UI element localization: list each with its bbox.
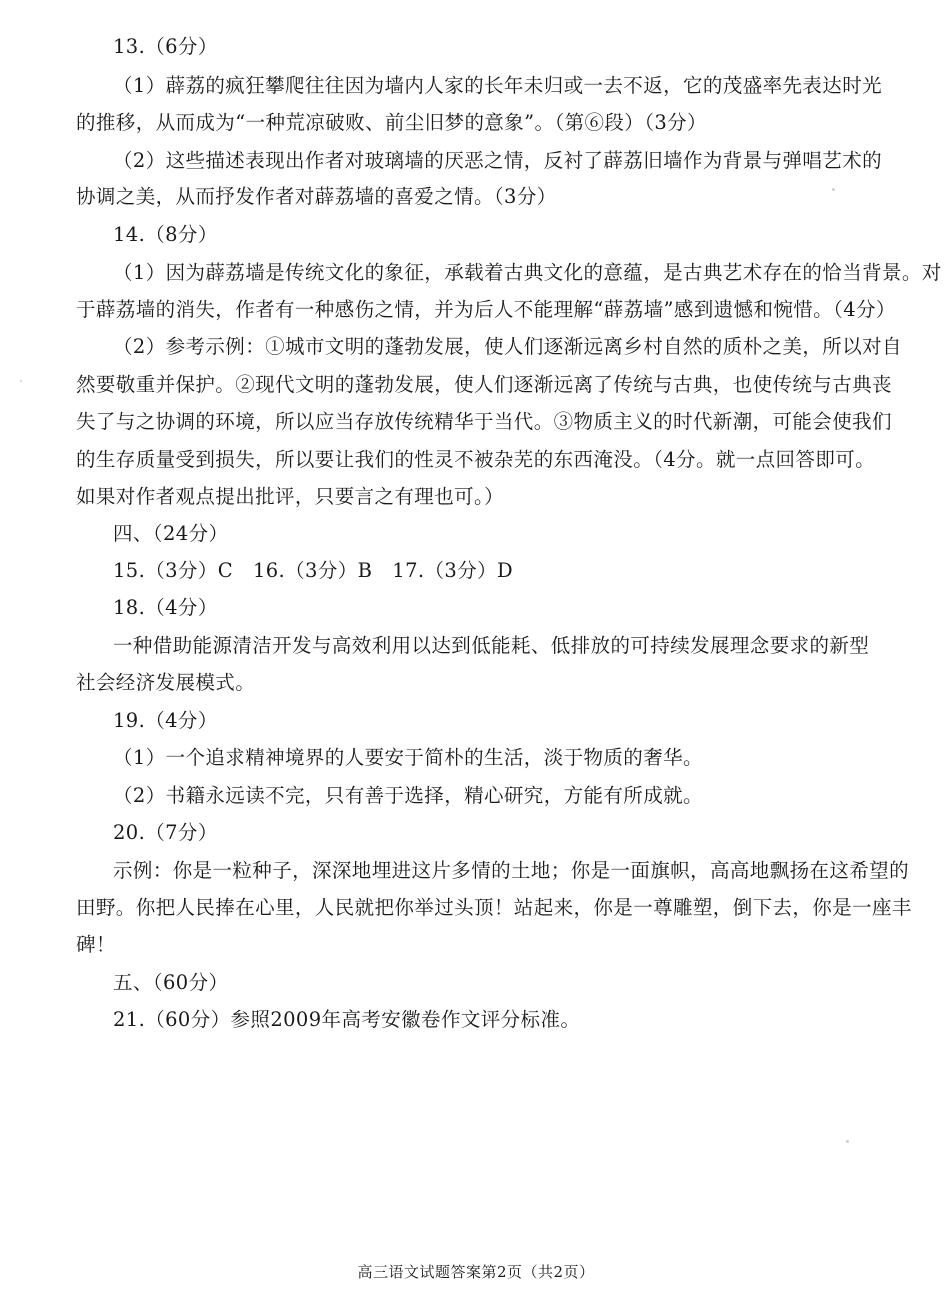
text-line: 失了与之协调的环境，所以应当存放传统精华于当代。③物质主义的时代新潮，可能会使我… [76,409,902,435]
text-line: 如果对作者观点提出批评，只要言之有理也可。） [76,484,902,510]
text-line: 协调之美，从而抒发作者对薜荔墙的喜爱之情。（3分） [76,184,902,210]
text-line: 一种借助能源清洁开发与高效利用以达到低能耗、低排放的可持续发展理念要求的新型 [113,633,939,659]
scan-speck [20,380,22,382]
document-page: 13.（6分）（1）薜荔的疯狂攀爬往往因为墙内人家的长年未归或一去不返，它的茂盛… [0,0,952,1292]
text-line: 19.（4分） [113,708,939,734]
text-line: 的生存质量受到损失，所以要让我们的性灵不被杂芜的东西淹没。（4分。就一点回答即可… [76,447,902,473]
text-line: （1）一个追求精神境界的人要安于简朴的生活，淡于物质的奢华。 [113,745,939,771]
text-line: 20.（7分） [113,820,939,846]
text-line: （2）参考示例：①城市文明的蓬勃发展，使人们逐渐远离乡村自然的质朴之美，所以对自 [113,334,939,360]
text-line: 示例：你是一粒种子，深深地埋进这片多情的土地；你是一面旗帜，高高地飘扬在这希望的 [113,858,939,884]
text-line: （1）因为薜荔墙是传统文化的象征，承载着古典文化的意蕴，是古典艺术存在的恰当背景… [113,260,939,286]
text-line: （1）薜荔的疯狂攀爬往往因为墙内人家的长年未归或一去不返，它的茂盛率先表达时光 [113,73,939,99]
text-line: 21.（60分）参照2009年高考安徽卷作文评分标准。 [113,1007,939,1033]
text-line: 田野。你把人民捧在心里，人民就把你举过头顶！站起来，你是一尊雕塑，倒下去，你是一… [76,895,902,921]
text-line: 15.（3分）C 16.（3分）B 17.（3分）D [113,558,939,584]
scan-speck [846,1140,849,1143]
text-line: 14.（8分） [113,222,939,248]
text-line: 然要敬重并保护。②现代文明的蓬勃发展，使人们逐渐远离了传统与古典，也使传统与古典… [76,372,902,398]
text-line: 碑！ [76,932,902,958]
text-line: （2）这些描述表现出作者对玻璃墙的厌恶之情，反衬了薜荔旧墙作为背景与弹唱艺术的 [113,148,939,174]
text-line: 13.（6分） [113,34,939,60]
text-line: 社会经济发展模式。 [76,670,902,696]
scan-speck [832,188,835,191]
page-footer: 高三语文试题答案第2页（共2页） [0,1262,952,1282]
text-line: 18.（4分） [113,595,939,621]
text-line: 四、（24分） [113,521,939,547]
text-line: （2）书籍永远读不完，只有善于选择，精心研究，方能有所成就。 [113,783,939,809]
text-line: 五、（60分） [113,970,939,996]
text-line: 的推移，从而成为“一种荒凉破败、前尘旧梦的意象”。（第⑥段）（3分） [76,110,902,136]
text-line: 于薜荔墙的消失，作者有一种感伤之情，并为后人不能理解“薜荔墙”感到遗憾和惋惜。（… [76,297,902,323]
